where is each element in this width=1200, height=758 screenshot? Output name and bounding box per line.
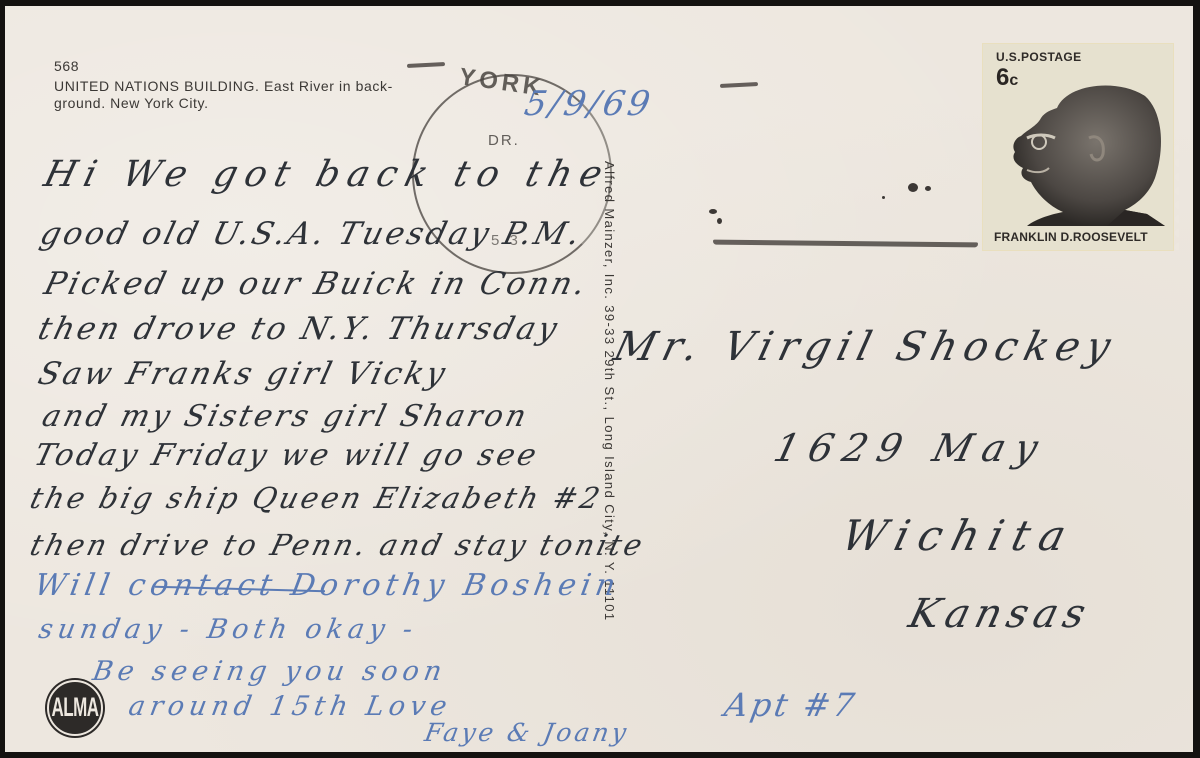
- cancellation-line: [720, 82, 758, 88]
- message-line-blue: Will contact Dorothy Boshein: [32, 568, 623, 603]
- address-apt: Apt #7: [722, 686, 860, 724]
- postcard-back: 568 UNITED NATIONS BUILDING. East River …: [5, 6, 1193, 752]
- stamp-label: U.S.POSTAGE: [996, 50, 1082, 64]
- message-line-blue: around 15th Love: [126, 691, 454, 722]
- message-line: Picked up our Buick in Conn.: [41, 266, 592, 302]
- cancellation-dot: [882, 196, 885, 199]
- alma-logo: ALMA: [47, 680, 103, 736]
- handwritten-date: 5/9/69: [521, 84, 655, 124]
- message-line: then drove to N.Y. Thursday: [35, 311, 564, 347]
- caption-line-1: UNITED NATIONS BUILDING. East River in b…: [54, 78, 393, 94]
- message-line: good old U.S.A. Tuesday P.M.: [37, 216, 587, 252]
- cancellation-line: [407, 62, 445, 68]
- message-line: then drive to Penn. and stay tonite: [27, 528, 649, 562]
- caption-line-2: ground. New York City.: [54, 95, 209, 111]
- cancellation-dot: [717, 218, 722, 224]
- address-city: Wichita: [837, 511, 1081, 560]
- alma-logo-text: ALMA: [51, 692, 98, 724]
- cancellation-line: [713, 240, 978, 248]
- postage-stamp: U.S.POSTAGE 6c FRANKLIN D.ROOSEVELT: [983, 44, 1173, 250]
- address-name: Mr. Virgil Shockey: [609, 324, 1122, 370]
- message-line-blue: sunday - Both okay -: [36, 614, 420, 645]
- roosevelt-portrait-icon: [997, 78, 1165, 226]
- message-line: and my Sisters girl Sharon: [39, 399, 533, 434]
- message-line: the big ship Queen Elizabeth #2: [27, 481, 606, 515]
- cancellation-dot: [925, 186, 931, 191]
- message-signature: Faye & Joany: [422, 718, 631, 747]
- message-line-blue: Be seeing you soon: [90, 656, 449, 687]
- postmark-inner-text: DR.: [488, 132, 520, 149]
- cancellation-dot: [908, 183, 918, 192]
- message-line: Hi We got back to the: [40, 154, 614, 195]
- cancellation-dot: [709, 209, 717, 214]
- caption-number: 568: [54, 58, 79, 74]
- address-street: 1629 May: [770, 426, 1053, 470]
- message-line: Today Friday we will go see: [31, 438, 543, 473]
- message-line: Saw Franks girl Vicky: [35, 356, 452, 392]
- stamp-name: FRANKLIN D.ROOSEVELT: [994, 230, 1148, 244]
- address-state: Kansas: [904, 591, 1096, 637]
